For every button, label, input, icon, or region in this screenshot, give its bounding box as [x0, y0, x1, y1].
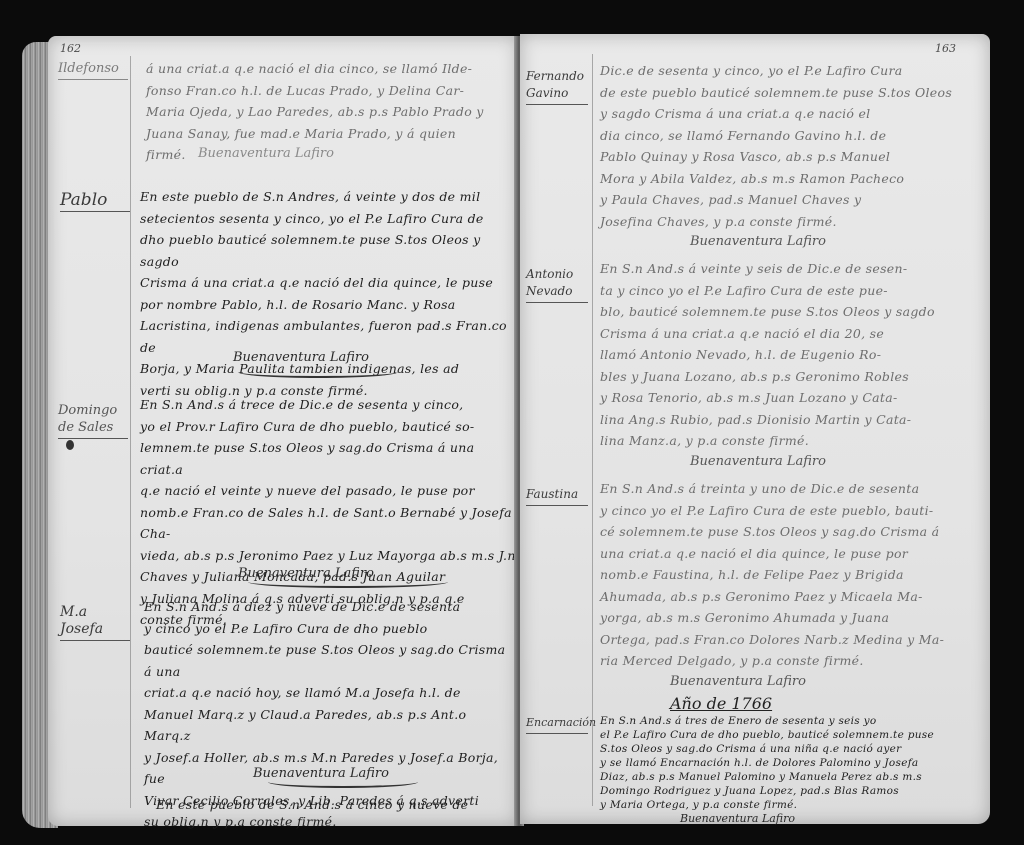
right-page: 163 Fernando Gavino Dic.e de sesenta y c…	[520, 34, 990, 824]
priest-signature: Buenaventura Lafiro	[198, 146, 334, 161]
entry-text: En este pueblo de S.n And.s á cinco y nu…	[156, 794, 516, 816]
margin-name: Ildefonso	[58, 60, 128, 80]
year-heading: Año de 1766	[670, 694, 772, 713]
entry-text: Dic.e de sesenta y cinco, yo el P.e Lafi…	[600, 60, 980, 232]
margin-name: Encarnación	[526, 714, 588, 734]
priest-signature: Buenaventura Lafiro	[690, 454, 826, 469]
margin-name: Antonio Nevado	[526, 266, 588, 303]
signature-flourish	[268, 776, 418, 788]
signature-flourish	[238, 366, 398, 378]
priest-signature: Buenaventura Lafiro	[680, 812, 795, 825]
margin-rule	[130, 56, 131, 808]
entry-text: En S.n And.s á treinta y uno de Dic.e de…	[600, 478, 980, 672]
priest-signature: Buenaventura Lafiro	[670, 674, 806, 689]
open-register-book: 162 Ildefonso á una criat.a q.e nació el…	[22, 36, 990, 832]
entry-text: En S.n And.s á tres de Enero de sesenta …	[600, 714, 980, 812]
margin-name: Domingo de Sales	[58, 402, 128, 439]
margin-name: Fernando Gavino	[526, 68, 588, 105]
priest-signature: Buenaventura Lafiro	[233, 350, 369, 365]
left-page: 162 Ildefonso á una criat.a q.e nació el…	[48, 36, 518, 826]
page-number-left: 162	[60, 42, 81, 55]
page-number-right: 163	[935, 42, 956, 55]
signature-flourish	[248, 576, 448, 588]
ink-blot	[66, 440, 74, 450]
margin-name: Pablo	[60, 192, 130, 212]
entry-text: En S.n And.s á veinte y seis de Dic.e de…	[600, 258, 980, 452]
margin-name: M.a Josefa	[60, 604, 130, 641]
margin-rule	[592, 54, 593, 806]
priest-signature: Buenaventura Lafiro	[690, 234, 826, 249]
margin-name: Faustina	[526, 486, 588, 506]
